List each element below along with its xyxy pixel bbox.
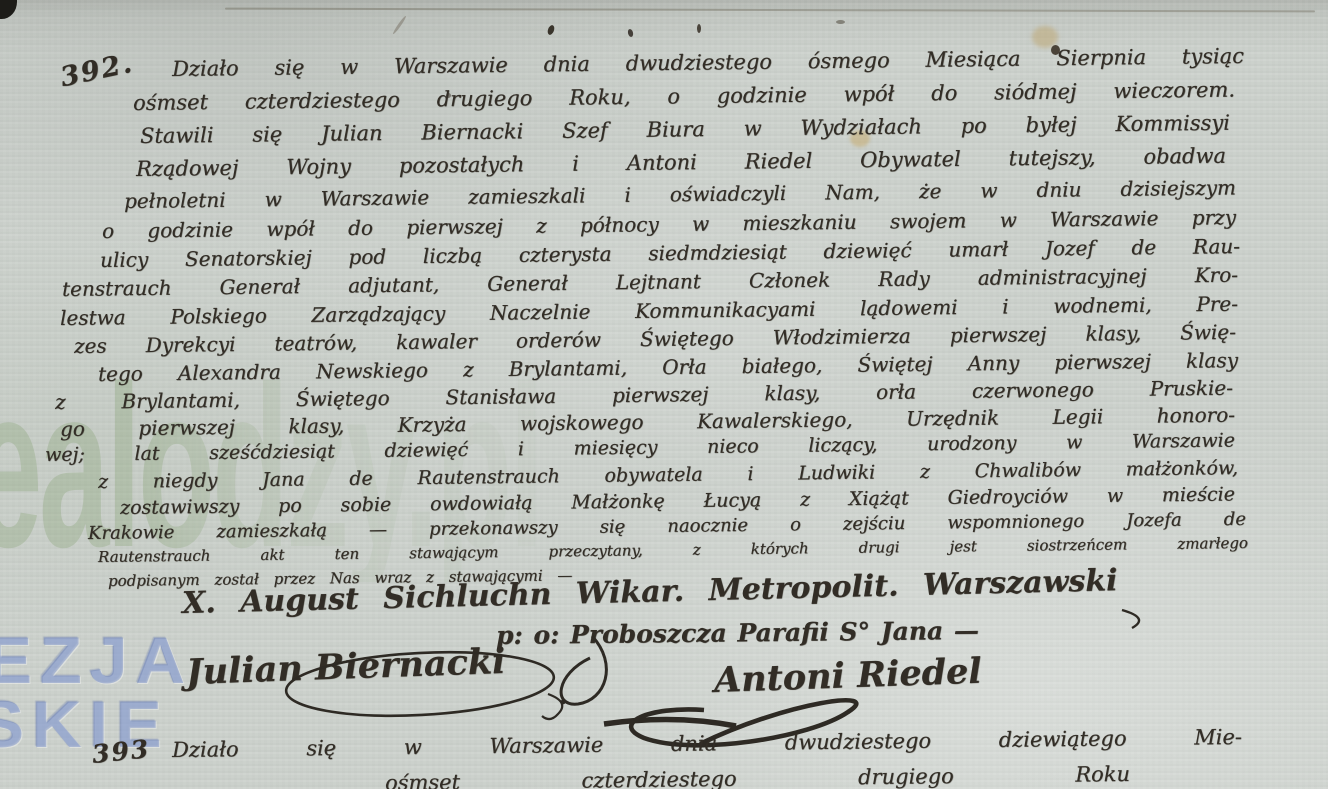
record-line: ośmset czterdziestego drugiego Roku, o g… — [133, 79, 1235, 116]
record-line: Działo się w Warszawie dnia dwudziestego… — [172, 726, 1242, 762]
officiant-role-line: p: o: Proboszcza Parafii S° Jana — — [496, 616, 979, 650]
ruled-line — [225, 8, 1315, 13]
witness-signature-julian-biernacki: Julian Biernacki — [185, 641, 506, 693]
register-scan-page: ealodzy.pl EZJA SKIE 392. Działo się w W… — [0, 0, 1328, 789]
biernacki-flourish-tail — [542, 694, 562, 719]
record-line: Stawili się Julian Biernacki Szef Biura … — [140, 112, 1230, 148]
record-line: Działo się w Warszawie dnia dwudziestego… — [172, 45, 1244, 81]
ink-speck — [697, 24, 701, 33]
page-corner-mark — [0, 0, 17, 19]
entry-393-number: 393 — [91, 734, 152, 769]
witness-signature-antoni-riedel: Antoni Riedel — [713, 651, 982, 701]
ink-dot — [561, 700, 566, 705]
watermark-blue-ezja: EZJA — [0, 627, 193, 693]
entry-392-number: 392. — [58, 48, 137, 94]
ink-speck — [546, 24, 555, 35]
ink-speck — [836, 20, 845, 24]
record-line: ośmset czterdziestego drugiego Roku — [385, 763, 1130, 789]
ink-speck — [627, 28, 634, 37]
record-line: Rządowej Wojny pozostałych i Antoni Ried… — [136, 145, 1226, 181]
riedel-flourish-bar — [604, 719, 736, 726]
ink-speck — [392, 15, 407, 35]
officiant-signature-tail — [1122, 610, 1139, 628]
